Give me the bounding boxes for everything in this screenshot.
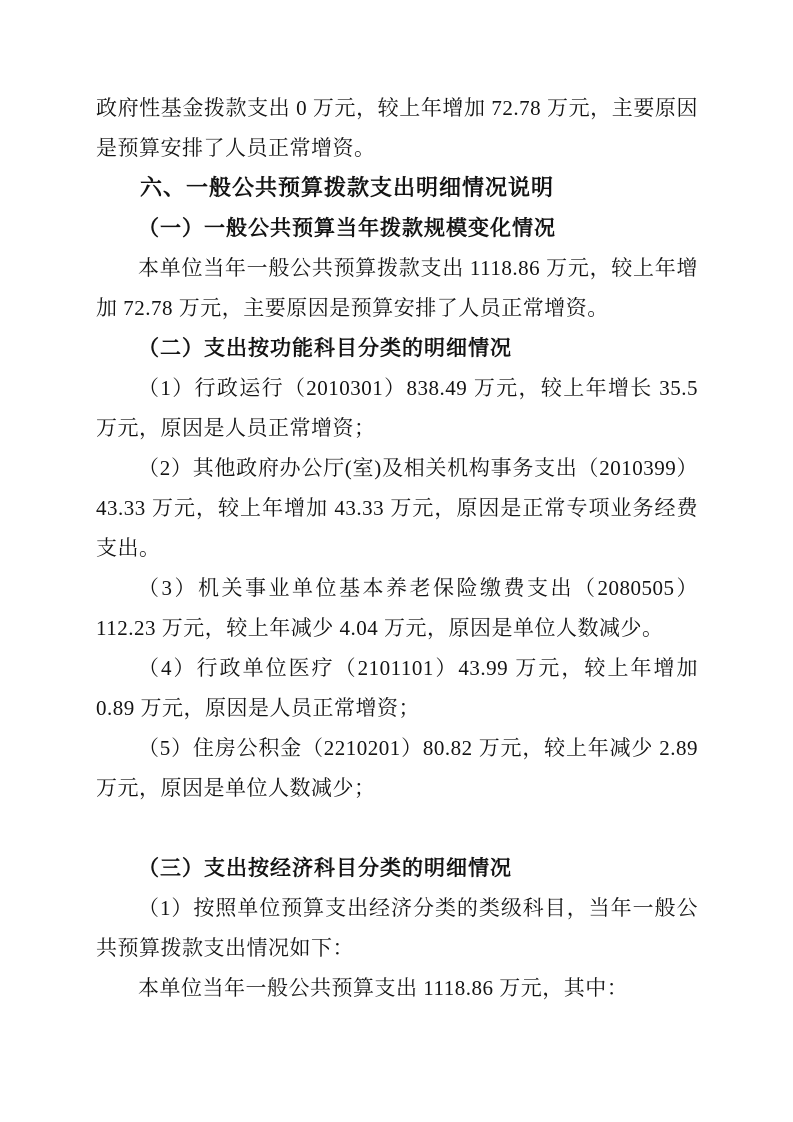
section-heading-six: 六、一般公共预算拨款支出明细情况说明 <box>96 168 698 208</box>
document-page: 政府性基金拨款支出 0 万元，较上年增加 72.78 万元，主要原因是预算安排了… <box>0 0 793 1122</box>
subsection-heading-two: （二）支出按功能科目分类的明细情况 <box>96 328 698 368</box>
paragraph-item-5: （5）住房公积金（2210201）80.82 万元，较上年减少 2.89 万元，… <box>96 728 698 808</box>
paragraph-continuation: 政府性基金拨款支出 0 万元，较上年增加 72.78 万元，主要原因是预算安排了… <box>96 88 698 168</box>
paragraph-item-4: （4）行政单位医疗（2101101）43.99 万元，较上年增加 0.89 万元… <box>96 648 698 728</box>
paragraph-item-2: （2）其他政府办公厅(室)及相关机构事务支出（2010399）43.33 万元，… <box>96 448 698 568</box>
paragraph-item-1: （1）行政运行（2010301）838.49 万元，较上年增长 35.5 万元，… <box>96 368 698 448</box>
paragraph-item-econ-1: （1）按照单位预算支出经济分类的类级科目，当年一般公共预算拨款支出情况如下： <box>96 888 698 968</box>
blank-line <box>96 808 698 848</box>
paragraph-item-3: （3）机关事业单位基本养老保险缴费支出（2080505）112.23 万元，较上… <box>96 568 698 648</box>
paragraph: 本单位当年一般公共预算拨款支出 1118.86 万元，较上年增加 72.78 万… <box>96 248 698 328</box>
subsection-heading-one: （一）一般公共预算当年拨款规模变化情况 <box>96 208 698 248</box>
paragraph-summary: 本单位当年一般公共预算支出 1118.86 万元，其中： <box>96 968 698 1008</box>
subsection-heading-three: （三）支出按经济科目分类的明细情况 <box>96 848 698 888</box>
